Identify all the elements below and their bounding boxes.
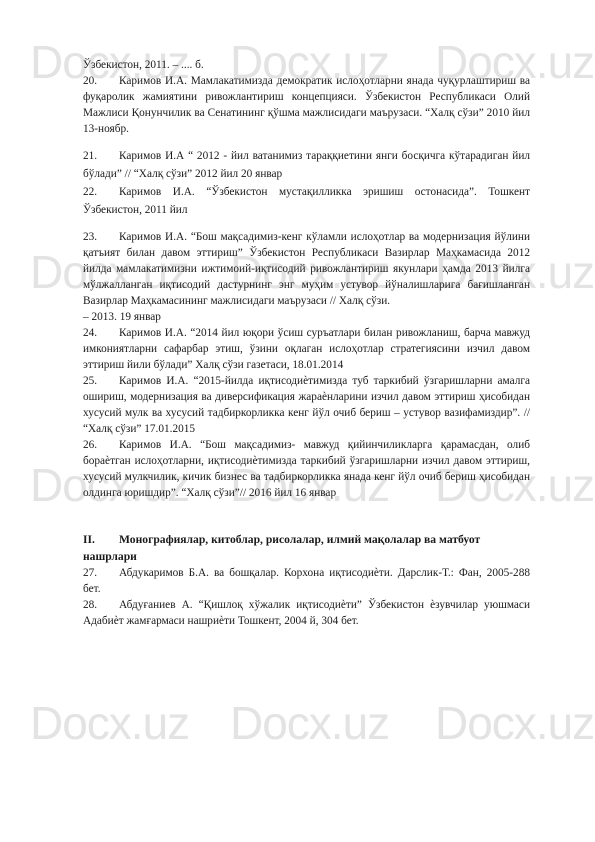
entry-number: 20. (83, 73, 119, 89)
section-number: II. (83, 531, 119, 548)
entry-number: 27. (83, 565, 119, 581)
watermark-text: Docx.uz (435, 703, 594, 743)
section-title: Монографиялар, китоблар, рисолалар, илми… (83, 533, 480, 563)
reference-entry-20: 20.Каримов И.А. Мамлакатимизда демократи… (83, 73, 530, 137)
watermark-row: Docx.uz Docx.uz Docx.uz (0, 703, 595, 743)
document-page: Ўзбекистон, 2011. – .... б. 20.Каримов И… (83, 57, 530, 629)
entry-text: Абдуғаниев А. “Қишлоқ хўжалик иқтисодиѐт… (83, 599, 530, 627)
reference-entry-26: 26.Каримов И.А. “Бош мақсадимиз- мавжуд … (83, 437, 530, 501)
entry-text: Каримов И.А. “Бош мақсадимиз-кенг кўламл… (83, 231, 530, 307)
entry-number: 21. (83, 147, 119, 165)
reference-entry-23-tail: – 2013. 19 январ (83, 309, 530, 325)
entry-text: Каримов И.А. “2015-йилда иқтисодиѐтимизд… (83, 375, 530, 435)
reference-entry-27: 27.Абдукаримов Б.А. ва бошқалар. Корхона… (83, 565, 530, 597)
entry-number: 22. (83, 183, 119, 201)
entry-number: 28. (83, 597, 119, 613)
reference-entry-21: 21.Каримов И.А “ 2012 - йил ватанимиз та… (83, 147, 530, 183)
entry-text: Абдукаримов Б.А. ва бошқалар. Корхона иқ… (83, 567, 530, 595)
entry-text: Каримов И.А. “Ўзбекистон мустақилликка э… (83, 186, 530, 216)
reference-entry-25: 25.Каримов И.А. “2015-йилда иқтисодиѐтим… (83, 373, 530, 437)
reference-entry-28: 28.Абдуғаниев А. “Қишлоқ хўжалик иқтисод… (83, 597, 530, 629)
entry-number: 25. (83, 373, 119, 389)
entry-number: 24. (83, 325, 119, 341)
reference-entry-24: 24.Каримов И.А. “2014 йил юқори ўсиш сур… (83, 325, 530, 373)
reference-entry-22: 22.Каримов И.А. “Ўзбекистон мустақилликк… (83, 183, 530, 219)
entry-text: Каримов И.А “ 2012 - йил ватанимиз тарақ… (83, 150, 530, 180)
entry-text: Каримов И.А. “2014 йил юқори ўсиш суръат… (83, 327, 530, 371)
entry-text: Каримов И.А. “Бош мақсадимиз- мавжуд қий… (83, 439, 530, 499)
watermark-text: Docx.uz (230, 703, 389, 743)
entry-number: 26. (83, 437, 119, 453)
entry-text: Каримов И.А. Мамлакатимизда демократик и… (83, 75, 530, 135)
entry-number: 23. (83, 229, 119, 245)
section-heading: II.Монографиялар, китоблар, рисолалар, и… (83, 531, 530, 565)
watermark-text: Docx.uz (30, 703, 189, 743)
reference-entry-23: 23.Каримов И.А. “Бош мақсадимиз-кенг кўл… (83, 229, 530, 309)
lead-fragment: Ўзбекистон, 2011. – .... б. (83, 57, 530, 73)
